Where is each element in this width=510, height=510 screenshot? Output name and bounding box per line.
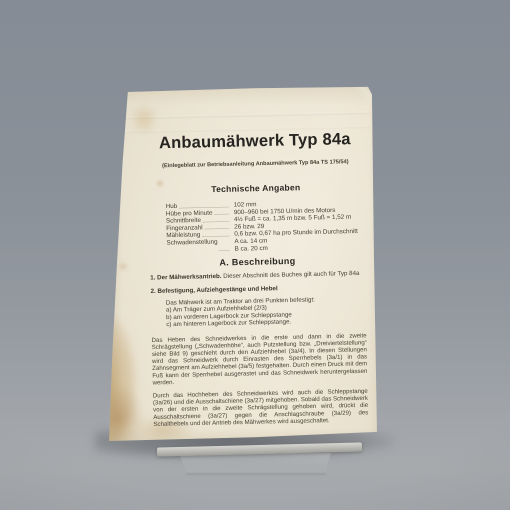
spec-label: Schwadenstellung xyxy=(166,238,217,254)
tech-heading: Technische Angaben xyxy=(148,181,363,196)
list-item-2: 2. Befestigung, Aufziehgestänge und Hebe… xyxy=(150,283,365,295)
body-paragraph-2: Durch das Hochheben des Schneidwerkes wi… xyxy=(153,387,369,427)
doc-title: Anbaumähwerk Typ 84a xyxy=(147,129,362,152)
dotted-leader xyxy=(214,209,229,215)
spec-value-line-b: B ca. 20 cm xyxy=(235,244,268,252)
list-item-1: 1. Der Mähwerksantrieb. Dieser Abschnitt… xyxy=(150,269,365,281)
tech-spec-table: Hub 102 mm Hübe pro Minute 900–960 bei 1… xyxy=(166,198,365,253)
paper-document: Anbaumähwerk Typ 84a (Einlegeblatt zur B… xyxy=(103,84,382,446)
spec-row-schwadenstellung: Schwadenstellung A ca. 14 cm B ca. 20 cm xyxy=(166,235,364,254)
product-photo: Anbaumähwerk Typ 84a (Einlegeblatt zur B… xyxy=(0,0,510,510)
item1-text: Dieser Abschnitt des Buches gilt auch fü… xyxy=(221,270,359,280)
dotted-leader xyxy=(204,223,229,229)
section-heading: A. Beschreibung xyxy=(150,254,365,269)
dotted-leader xyxy=(179,201,229,208)
printed-content: Anbaumähwerk Typ 84a (Einlegeblatt zur B… xyxy=(99,81,386,449)
spec-value: A ca. 14 cm B ca. 20 cm xyxy=(231,237,268,252)
doc-subtitle: (Einlegeblatt zur Betriebsanleitung Anba… xyxy=(148,158,363,169)
item1-title: 1. Der Mähwerksantrieb. xyxy=(150,273,221,282)
item2-points: a) Am Träger zum Aufziehhebel (2/3) b) a… xyxy=(166,302,366,328)
dotted-leader xyxy=(202,230,229,236)
body-paragraph-1: Das Heben des Schneidwerkes in die erste… xyxy=(152,332,368,386)
dotted-leader xyxy=(220,238,230,251)
dotted-leader xyxy=(203,216,229,222)
acrylic-stand-face xyxy=(176,453,334,475)
acrylic-stand-edge xyxy=(186,473,326,475)
